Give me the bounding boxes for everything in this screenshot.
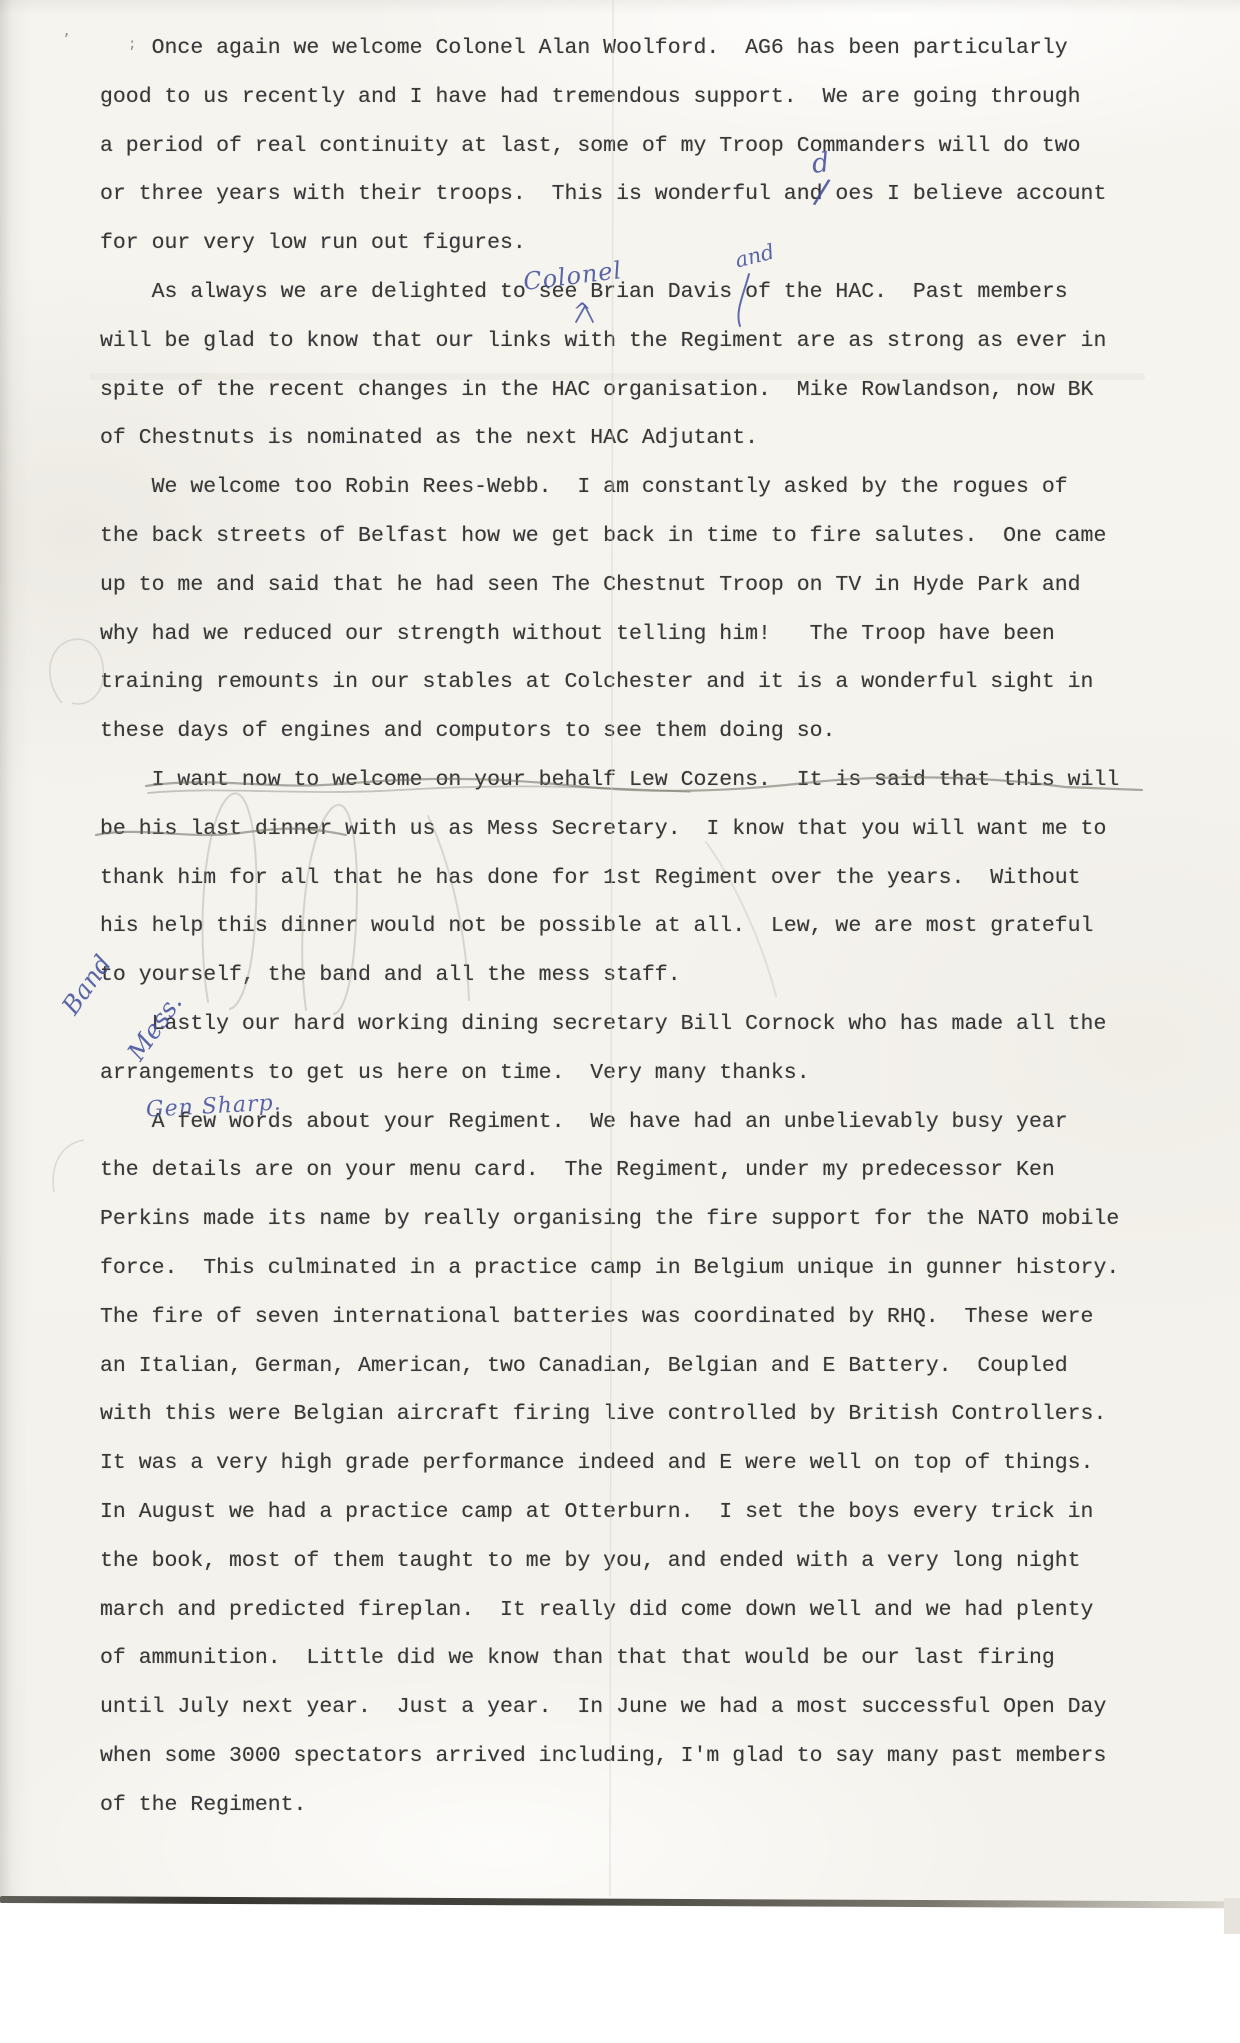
typed-line: Perkins made its name by really organisi… [100, 1195, 1220, 1244]
typed-line: It was a very high grade performance ind… [100, 1439, 1220, 1488]
typed-line: thank him for all that he has done for 1… [100, 854, 1220, 903]
typed-line: a period of real continuity at last, som… [100, 122, 1220, 171]
typed-line: for our very low run out figures. [100, 219, 1220, 268]
dust-speck: ; [128, 36, 136, 52]
typed-line: will be glad to know that our links with… [100, 317, 1220, 366]
typed-line: spite of the recent changes in the HAC o… [100, 366, 1220, 415]
typed-line: arrangements to get us here on time. Ver… [100, 1049, 1220, 1098]
typed-line: to yourself, the band and all the mess s… [100, 951, 1220, 1000]
typed-line: until July next year. Just a year. In Ju… [100, 1683, 1220, 1732]
typed-line: of ammunition. Little did we know than t… [100, 1634, 1220, 1683]
typed-line: with this were Belgian aircraft firing l… [100, 1390, 1220, 1439]
typed-line: his help this dinner would not be possib… [100, 902, 1220, 951]
typed-line: A few words about your Regiment. We have… [100, 1098, 1220, 1147]
typed-line: why had we reduced our strength without … [100, 610, 1220, 659]
typed-line: the details are on your menu card. The R… [100, 1146, 1220, 1195]
typed-line: the book, most of them taught to me by y… [100, 1537, 1220, 1586]
bottom-right-shade [1224, 1898, 1240, 1934]
typed-line: Lastly our hard working dining secretary… [100, 1000, 1220, 1049]
typed-line: force. This culminated in a practice cam… [100, 1244, 1220, 1293]
typed-line: of the Regiment. [100, 1781, 1220, 1830]
typed-line: the back streets of Belfast how we get b… [100, 512, 1220, 561]
dust-speck: ’ [62, 32, 70, 48]
typed-text-block: Once again we welcome Colonel Alan Woolf… [100, 24, 1220, 1829]
document-page: Once again we welcome Colonel Alan Woolf… [0, 0, 1240, 1903]
typed-line: I want now to welcome on your behalf Lew… [100, 756, 1220, 805]
typed-line: In August we had a practice camp at Otte… [100, 1488, 1220, 1537]
typed-line: be his last dinner with us as Mess Secre… [100, 805, 1220, 854]
typed-line: good to us recently and I have had treme… [100, 73, 1220, 122]
typed-line: an Italian, German, American, two Canadi… [100, 1342, 1220, 1391]
typed-line: The fire of seven international batterie… [100, 1293, 1220, 1342]
typed-line: We welcome too Robin Rees-Webb. I am con… [100, 463, 1220, 512]
typed-line: march and predicted fireplan. It really … [100, 1586, 1220, 1635]
typed-line: up to me and said that he had seen The C… [100, 561, 1220, 610]
typed-line: these days of engines and computors to s… [100, 707, 1220, 756]
typed-line: or three years with their troops. This i… [100, 170, 1220, 219]
typed-line: Once again we welcome Colonel Alan Woolf… [100, 24, 1220, 73]
typed-line: when some 3000 spectators arrived includ… [100, 1732, 1220, 1781]
typed-line: As always we are delighted to see Brian … [100, 268, 1220, 317]
typed-line: of Chestnuts is nominated as the next HA… [100, 414, 1220, 463]
typed-line: training remounts in our stables at Colc… [100, 658, 1220, 707]
